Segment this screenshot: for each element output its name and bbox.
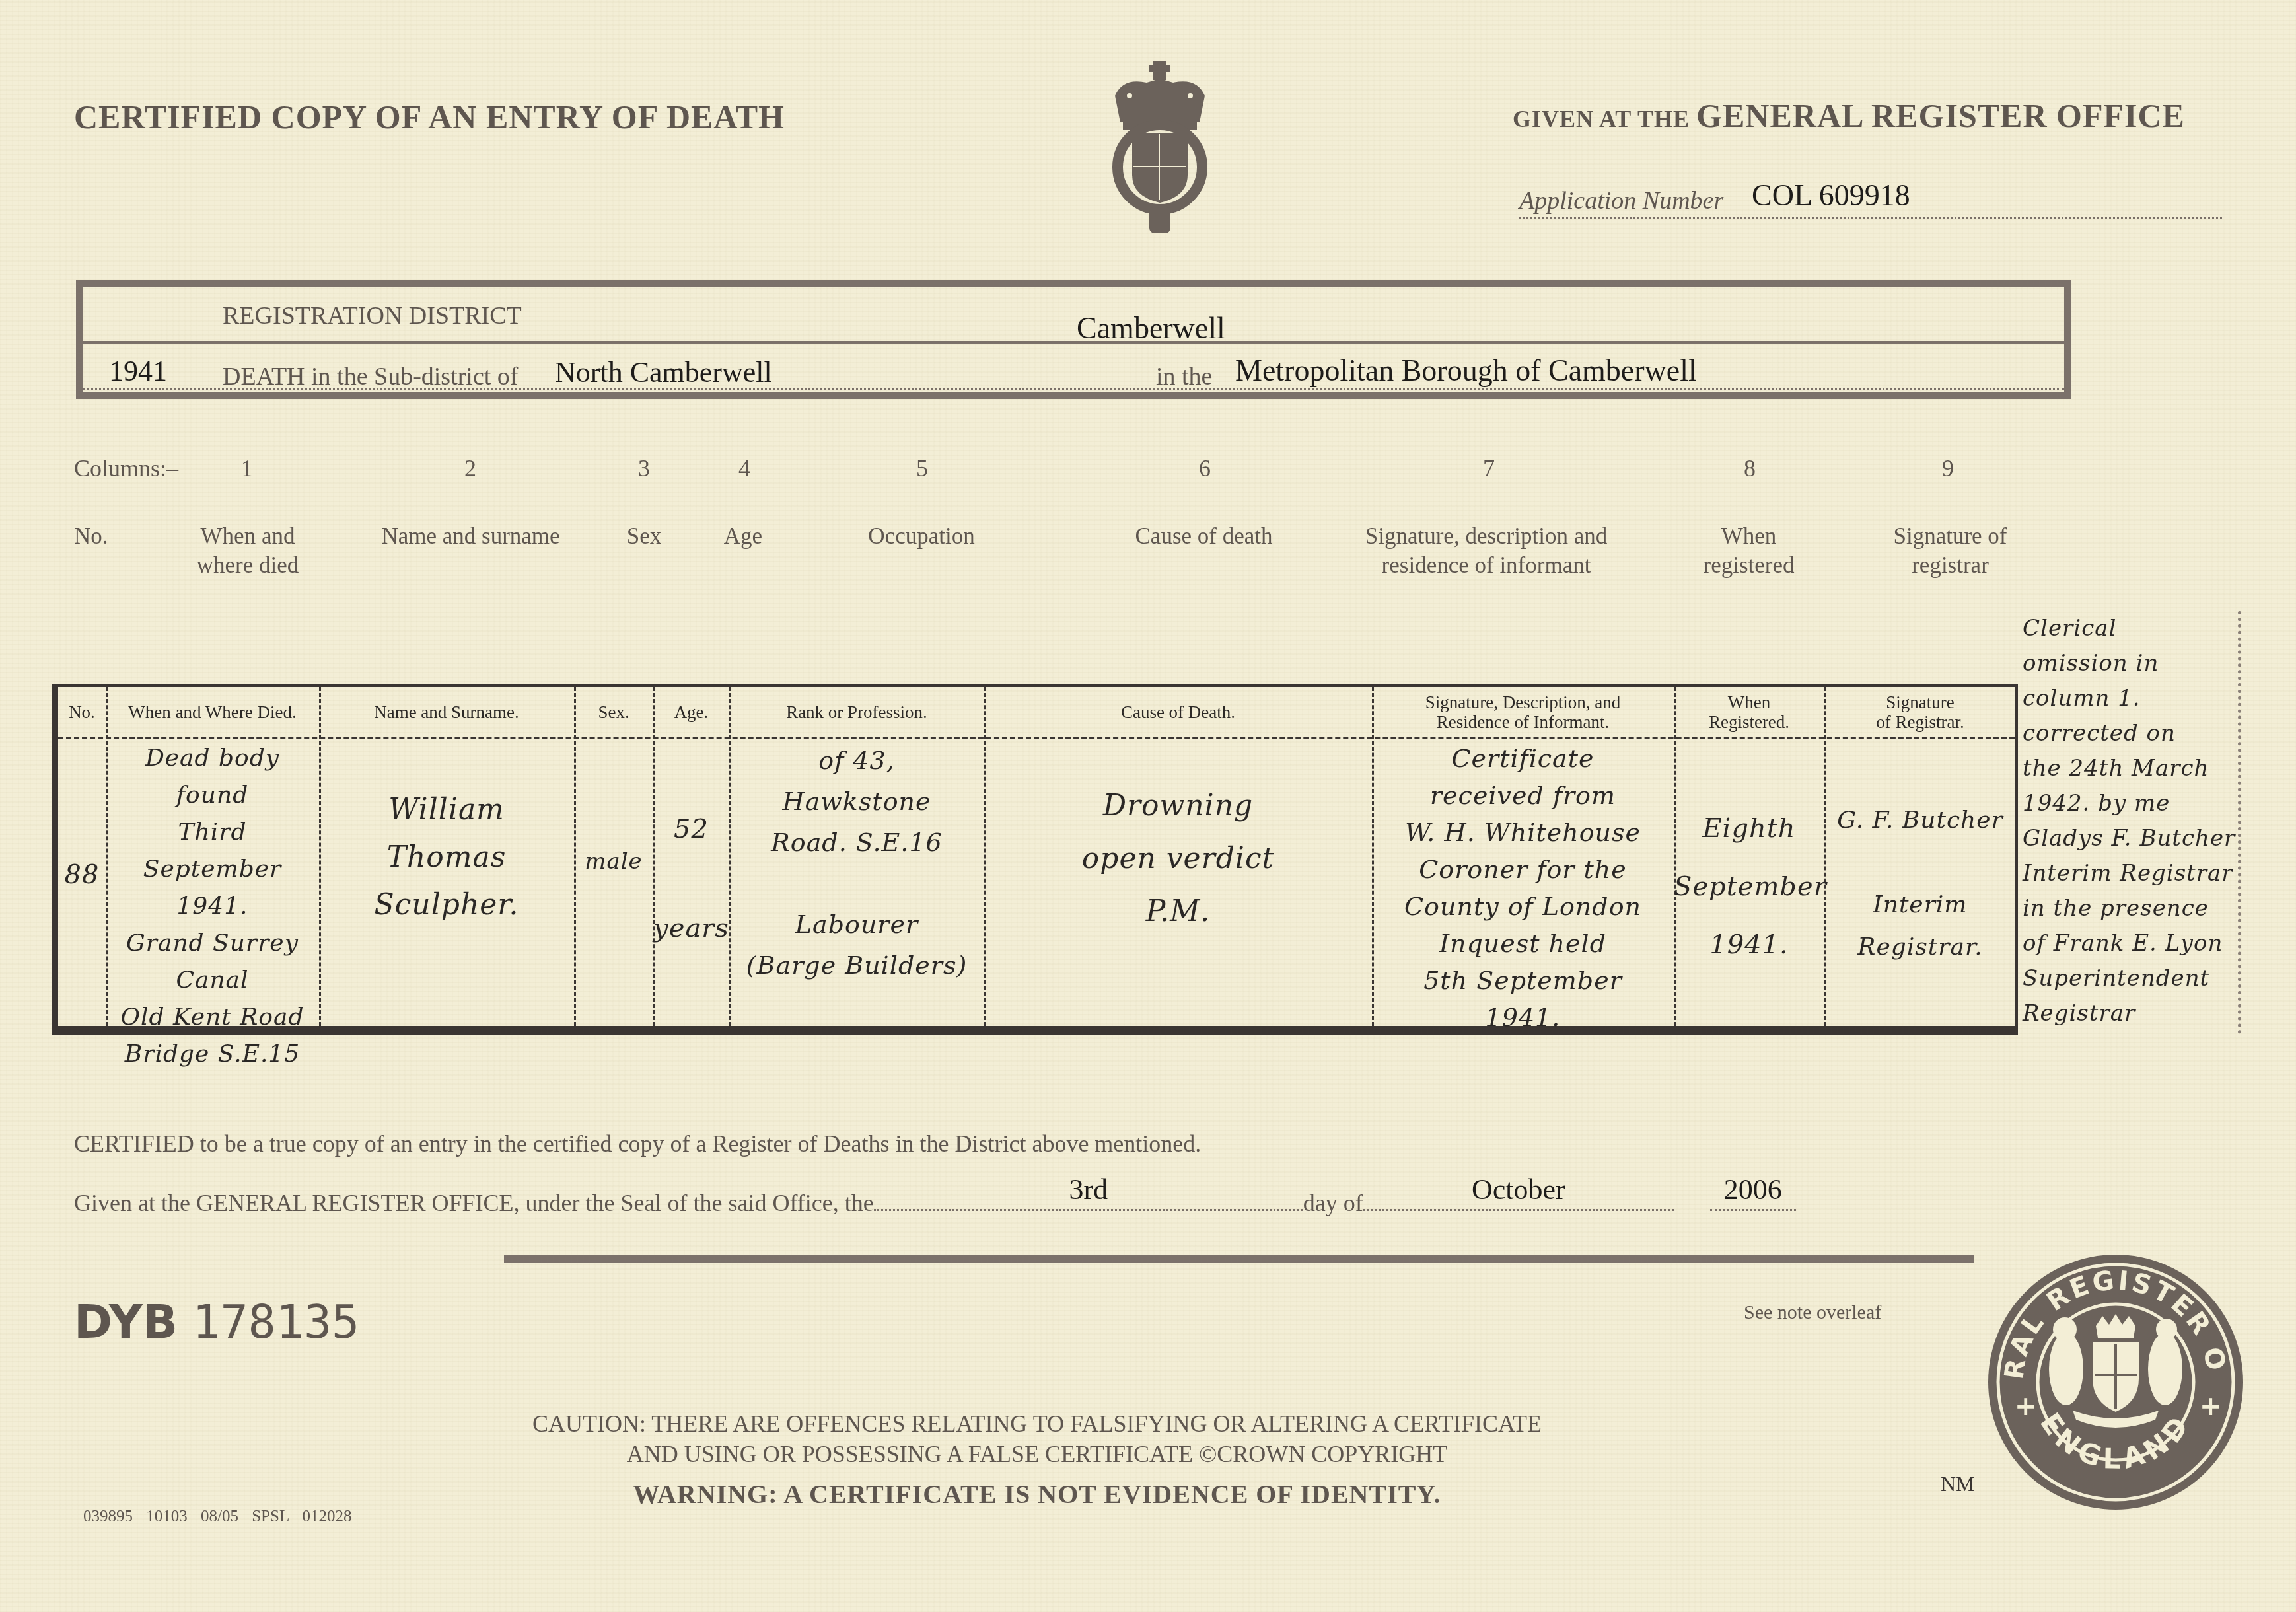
certificate-title: CERTIFIED COPY OF AN ENTRY OF DEATH — [74, 98, 785, 136]
entry-occupation: of 43, Hawkstone Road. S.E.16 Labourer (… — [729, 740, 984, 1026]
entry-age: 52 years — [653, 780, 729, 1026]
application-number-value: COL 609918 — [1752, 178, 1910, 213]
table-header-cause: Cause of Death. — [984, 687, 1372, 737]
column-number-1: 1 — [241, 455, 253, 482]
column-header-occupation: Occupation — [852, 522, 991, 551]
month-field: October — [1363, 1191, 1674, 1211]
caution-line-2: AND USING OR POSSESSING A FALSE CERTIFIC… — [476, 1439, 1598, 1469]
table-header-informant: Signature, Description, and Residence of… — [1372, 687, 1674, 737]
column-header-when-where: When and where died — [178, 522, 317, 580]
registration-divider — [83, 341, 2064, 344]
borough-value: Metropolitan Borough of Camberwell — [1235, 353, 1697, 388]
svg-text:+: + — [2015, 1391, 2037, 1422]
column-number-3: 3 — [638, 455, 650, 482]
margin-correction-note: Clerical omission in column 1. corrected… — [2023, 611, 2241, 1034]
table-header-registrar: Signature of Registrar. — [1824, 687, 2016, 737]
office-name: GENERAL REGISTER OFFICE — [1696, 97, 2185, 134]
table-header-rule — [58, 737, 2015, 739]
table-header-sex: Sex. — [574, 687, 653, 737]
entry-when-where-died: Dead body found Third September 1941. Gr… — [106, 740, 319, 1026]
column-number-4: 4 — [738, 455, 750, 482]
given-at-statement: Given at the GENERAL REGISTER OFFICE, un… — [74, 1189, 1796, 1217]
column-header-cause: Cause of death — [1116, 522, 1291, 551]
column-header-age: Age — [717, 522, 770, 551]
certified-statement: CERTIFIED to be a true copy of an entry … — [74, 1130, 1201, 1157]
table-header-occupation: Rank or Profession. — [729, 687, 984, 737]
registration-year: 1941 — [109, 354, 167, 388]
column-header-when-registered: When registered — [1691, 522, 1807, 580]
given-at-heading: GIVEN AT THE GENERAL REGISTER OFFICE — [1513, 96, 2185, 135]
caution-notice: CAUTION: THERE ARE OFFENCES RELATING TO … — [476, 1409, 1598, 1469]
entry-name: William Thomas Sculpher. — [319, 786, 574, 1026]
column-header-sex: Sex — [614, 522, 674, 551]
identity-warning: WARNING: A CERTIFICATE IS NOT EVIDENCE O… — [476, 1479, 1598, 1510]
table-header-age: Age. — [653, 687, 729, 737]
year-field: 2006 — [1710, 1191, 1796, 1211]
entry-when-registered: Eighth September 1941. — [1674, 799, 1824, 1026]
columns-label: Columns:– — [74, 455, 178, 482]
entry-sex: male — [574, 839, 653, 1026]
registration-district-value: Camberwell — [1077, 311, 1225, 346]
column-number-8: 8 — [1744, 455, 1756, 482]
serial-prefix: DYB — [74, 1295, 178, 1349]
signature-rule — [504, 1255, 1974, 1263]
column-header-registrar: Signature of registrar — [1876, 522, 2025, 580]
column-number-7: 7 — [1483, 455, 1495, 482]
day-of-label: day of — [1303, 1190, 1363, 1216]
registration-district-box: REGISTRATION DISTRICT Camberwell 1941 DE… — [76, 280, 2071, 399]
caution-line-1: CAUTION: THERE ARE OFFENCES RELATING TO … — [476, 1409, 1598, 1439]
table-header-when-where: When and Where Died. — [106, 687, 319, 737]
table-header-no: No. — [58, 687, 106, 737]
in-the-label: in the — [1156, 362, 1212, 391]
svg-text:+: + — [2200, 1391, 2222, 1422]
print-code: 039895 10103 08/05 SPSL 012028 — [83, 1508, 352, 1526]
royal-crest-icon — [1103, 56, 1217, 238]
entry-informant: Certificate received from W. H. Whitehou… — [1372, 740, 1674, 1026]
register-entry-table: No. When and Where Died. Name and Surnam… — [52, 684, 2018, 1035]
general-register-office-seal-icon: GENERAL REGISTER OFFICE ENGLAND + + — [1987, 1253, 2244, 1511]
column-number-6: 6 — [1199, 455, 1211, 482]
sub-district-label: DEATH in the Sub-district of — [223, 362, 519, 391]
month-value: October — [1363, 1173, 1674, 1206]
given-at-prefix: GIVEN AT THE — [1513, 106, 1690, 132]
certificate-serial: DYB 178135 — [74, 1295, 359, 1349]
column-header-no: No. — [74, 522, 108, 551]
application-number-label: Application Number — [1519, 186, 1723, 215]
entry-registrar: G. F. Butcher Interim Registrar. — [1824, 799, 2016, 1026]
column-number-5: 5 — [916, 455, 928, 482]
day-value: 3rd — [874, 1173, 1303, 1206]
see-note-overleaf: See note overleaf — [1744, 1301, 1881, 1324]
given-prefix: Given at the GENERAL REGISTER OFFICE, un… — [74, 1190, 874, 1216]
entry-cause-of-death: Drowning open verdict P.M. — [984, 780, 1372, 1026]
day-field: 3rd — [874, 1191, 1303, 1211]
registration-district-label: REGISTRATION DISTRICT — [223, 301, 522, 330]
column-number-9: 9 — [1942, 455, 1954, 482]
table-header-name: Name and Surname. — [319, 687, 574, 737]
table-header-when-registered: When Registered. — [1674, 687, 1824, 737]
column-number-2: 2 — [464, 455, 476, 482]
column-header-informant: Signature, description and residence of … — [1347, 522, 1625, 580]
serial-number: 178135 — [192, 1295, 359, 1349]
column-header-name: Name and surname — [357, 522, 585, 551]
application-number-field: Application Number COL 609918 — [1519, 177, 2222, 219]
issuer-initials: NM — [1941, 1472, 1975, 1496]
sub-district-value: North Camberwell — [555, 355, 772, 389]
year-value: 2006 — [1710, 1173, 1796, 1206]
entry-number: 88 — [58, 852, 106, 1026]
